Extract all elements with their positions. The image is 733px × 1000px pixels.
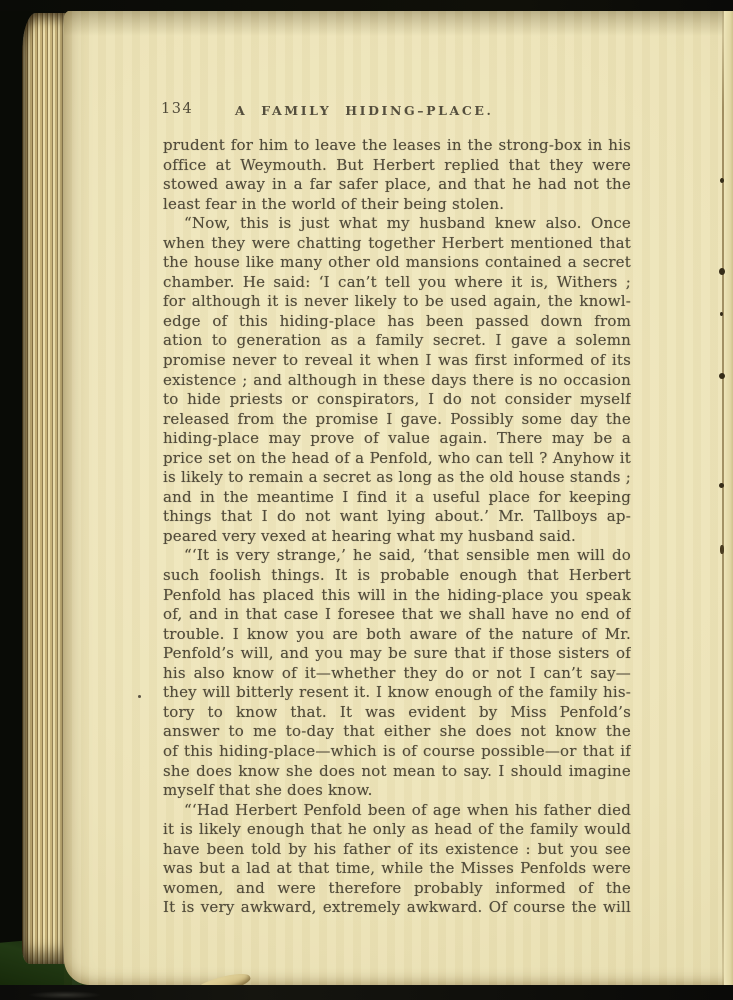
- binding-speck: [719, 483, 724, 488]
- binding-speck: [719, 373, 725, 379]
- text-line: she does know she does not mean to say. …: [163, 762, 631, 782]
- page-edges-stack: [22, 13, 68, 964]
- text-line: Penfold has placed this will in the hidi…: [163, 586, 631, 606]
- text-line: existence ; and although in these days t…: [163, 371, 631, 391]
- text-line: peared very vexed at hearing what my hus…: [163, 527, 631, 547]
- text-line: have been told by his father of its exis…: [163, 840, 631, 860]
- text-line: stowed away in a far safer place, and th…: [163, 175, 631, 195]
- ink-speck: [138, 695, 141, 698]
- binding-speck: [720, 545, 724, 554]
- text-line: chamber. He said: ‘I can’t tell you wher…: [163, 273, 631, 293]
- page-body: prudent for him to leave the leases in t…: [163, 136, 631, 918]
- text-line: office at Weymouth. But Herbert replied …: [163, 156, 631, 176]
- text-line: it is likely enough that he only as head…: [163, 820, 631, 840]
- text-line: prudent for him to leave the leases in t…: [163, 136, 631, 156]
- binding-speck: [720, 312, 723, 316]
- text-line: they will bitterly resent it. I know eno…: [163, 683, 631, 703]
- text-line: answer to me to-day that either she does…: [163, 722, 631, 742]
- text-line: was but a lad at that time, while the Mi…: [163, 859, 631, 879]
- text-line: myself that she does know.: [163, 781, 631, 801]
- backdrop-bottom: [0, 985, 733, 1000]
- text-line: of, and in that case I foresee that we s…: [163, 605, 631, 625]
- backdrop-smudge: [28, 991, 102, 999]
- page-content: 134 A FAMILY HIDING–PLACE. prudent for h…: [163, 100, 631, 918]
- text-line: of this hiding-place—which is of course …: [163, 742, 631, 762]
- backdrop-top: [0, 0, 733, 11]
- page-edge-strip: [724, 10, 733, 985]
- text-line: such foolish things. It is probable enou…: [163, 566, 631, 586]
- text-line: It is very awkward, extremely awkward. O…: [163, 898, 631, 918]
- paragraph: “‘It is very strange,’ he said, ‘that se…: [163, 546, 631, 800]
- binding-speck: [720, 178, 724, 183]
- text-line: released from the promise I gave. Possib…: [163, 410, 631, 430]
- binding-speck: [719, 268, 725, 275]
- text-line: to hide priests or conspirators, I do no…: [163, 390, 631, 410]
- page-header: 134 A FAMILY HIDING–PLACE.: [163, 100, 631, 122]
- text-line: is likely to remain a secret as long as …: [163, 468, 631, 488]
- page-number: 134: [161, 101, 193, 117]
- book-photo: 134 A FAMILY HIDING–PLACE. prudent for h…: [0, 0, 733, 1000]
- paragraph: “‘Had Herbert Penfold been of age when h…: [163, 801, 631, 918]
- text-line: ation to generation as a family secret. …: [163, 331, 631, 351]
- text-line: and in the meantime I find it a useful p…: [163, 488, 631, 508]
- text-line: for although it is never likely to be us…: [163, 292, 631, 312]
- text-line: things that I do not want lying about.’ …: [163, 507, 631, 527]
- text-line: promise never to reveal it when I was fi…: [163, 351, 631, 371]
- text-line: hiding-place may prove of value again. T…: [163, 429, 631, 449]
- paragraph: “Now, this is just what my husband knew …: [163, 214, 631, 546]
- text-line: tory to know that. It was evident by Mis…: [163, 703, 631, 723]
- text-line: his also know of it—whether they do or n…: [163, 664, 631, 684]
- text-line: “Now, this is just what my husband knew …: [163, 214, 631, 234]
- paragraph: prudent for him to leave the leases in t…: [163, 136, 631, 214]
- text-line: the house like many other old mansions c…: [163, 253, 631, 273]
- text-line: edge of this hiding-place has been passe…: [163, 312, 631, 332]
- text-line: Penfold’s will, and you may be sure that…: [163, 644, 631, 664]
- text-line: trouble. I know you are both aware of th…: [163, 625, 631, 645]
- text-line: least fear in the world of their being s…: [163, 195, 631, 215]
- text-line: “‘Had Herbert Penfold been of age when h…: [163, 801, 631, 821]
- text-line: “‘It is very strange,’ he said, ‘that se…: [163, 546, 631, 566]
- running-title: A FAMILY HIDING–PLACE.: [235, 103, 493, 118]
- text-line: women, and were therefore probably infor…: [163, 879, 631, 899]
- text-line: when they were chatting together Herbert…: [163, 234, 631, 254]
- text-line: price set on the head of a Penfold, who …: [163, 449, 631, 469]
